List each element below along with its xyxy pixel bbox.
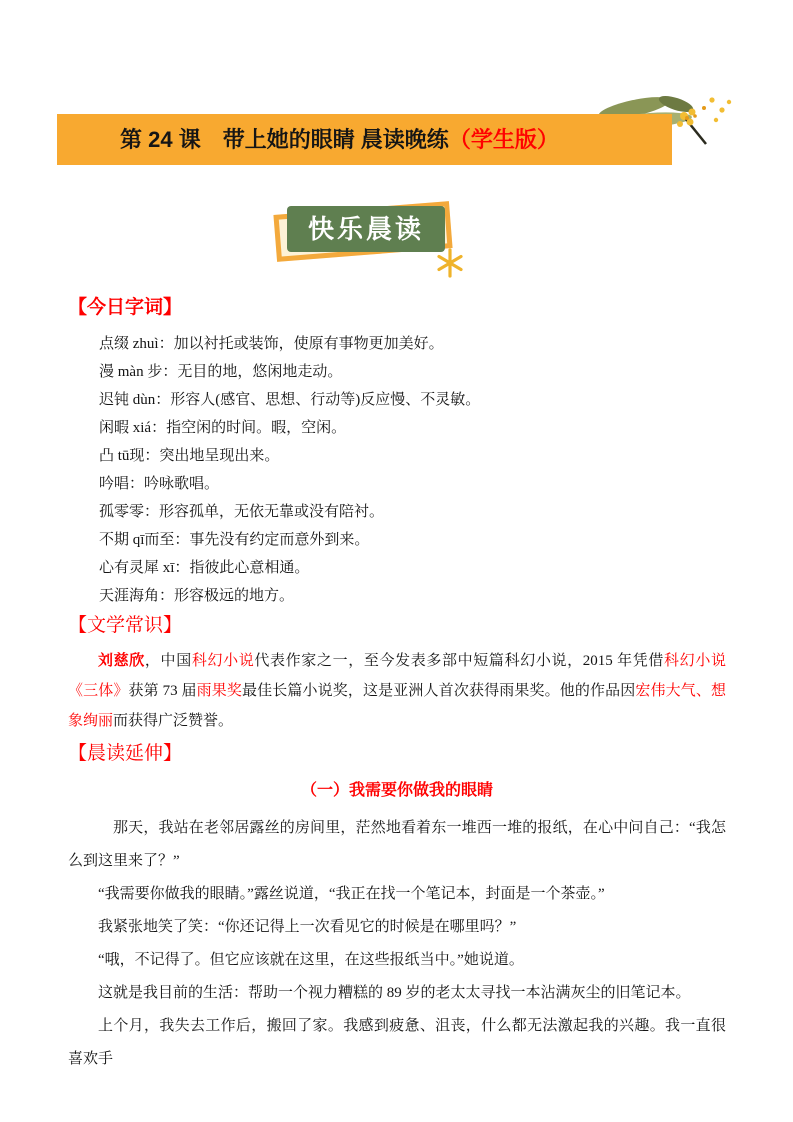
passage-paragraph: 这就是我目前的生活：帮助一个视力糟糕的 89 岁的老太太寻找一本沾满灰尘的旧笔记… (68, 977, 726, 1010)
passage-paragraph: 上个月，我失去工作后，搬回了家。我感到疲惫、沮丧，什么都无法激起我的兴趣。我一直… (68, 1010, 726, 1076)
word-item: 漫 màn 步：无目的地，悠闲地走动。 (68, 358, 726, 386)
word-item: 天涯海角：形容极远的地方。 (68, 582, 726, 610)
passage-text: 那天，我站在老邻居露丝的房间里，茫然地看着东一堆西一堆的报纸，在心中问自己：“我… (68, 812, 726, 1076)
passage-paragraph: “我需要你做我的眼睛。”露丝说道，“我正在找一个笔记本，封面是一个茶壶。” (68, 878, 726, 911)
document-page: 第 24 课 带上她的眼睛 晨读晚练（学生版） 快乐晨读 【今日字词】 点缀 z… (0, 0, 793, 1122)
word-item: 闲暇 xiá：指空闲的时间。暇，空闲。 (68, 414, 726, 442)
word-item: 孤零零：形容孤单，无依无靠或没有陪衬。 (68, 498, 726, 526)
lesson-title-edition: （学生版） (449, 127, 559, 152)
asterisk-icon (435, 248, 465, 278)
lesson-title: 第 24 课 带上她的眼睛 晨读晚练 (120, 127, 449, 152)
section-heading-extension: 【晨读延伸】 (68, 742, 726, 766)
document-body: 【今日字词】 点缀 zhuì：加以衬托或装饰，使原有事物更加美好。 漫 màn … (68, 296, 726, 1076)
word-item: 心有灵犀 xī：指彼此心意相通。 (68, 554, 726, 582)
lesson-title-bar: 第 24 课 带上她的眼睛 晨读晚练（学生版） (57, 114, 672, 165)
passage-title: （一）我需要你做我的眼睛 (68, 780, 726, 802)
badge-label: 快乐晨读 (287, 206, 445, 252)
word-item: 迟钝 dùn：形容人(感官、思想、行动等)反应慢、不灵敏。 (68, 386, 726, 414)
word-item: 不期 qī而至：事先没有约定而意外到来。 (68, 526, 726, 554)
word-item: 点缀 zhuì：加以衬托或装饰，使原有事物更加美好。 (68, 330, 726, 358)
section-heading-words: 【今日字词】 (68, 296, 726, 320)
word-list: 点缀 zhuì：加以衬托或装饰，使原有事物更加美好。 漫 màn 步：无目的地，… (68, 330, 726, 610)
word-item: 吟唱：吟咏歌唱。 (68, 470, 726, 498)
passage-paragraph: 我紧张地笑了笑：“你还记得上一次看见它的时候是在哪里吗？” (68, 911, 726, 944)
section-heading-literature: 【文学常识】 (68, 614, 726, 638)
morning-reading-badge: 快乐晨读 (277, 199, 467, 279)
passage-paragraph: “哦，不记得了。但它应该就在这里，在这些报纸当中。”她说道。 (68, 944, 726, 977)
literature-paragraph: 刘慈欣，中国科幻小说代表作家之一，至今发表多部中短篇科幻小说，2015 年凭借科… (68, 646, 726, 736)
word-item: 凸 tū现：突出地呈现出来。 (68, 442, 726, 470)
passage-paragraph: 那天，我站在老邻居露丝的房间里，茫然地看着东一堆西一堆的报纸，在心中问自己：“我… (68, 812, 726, 878)
